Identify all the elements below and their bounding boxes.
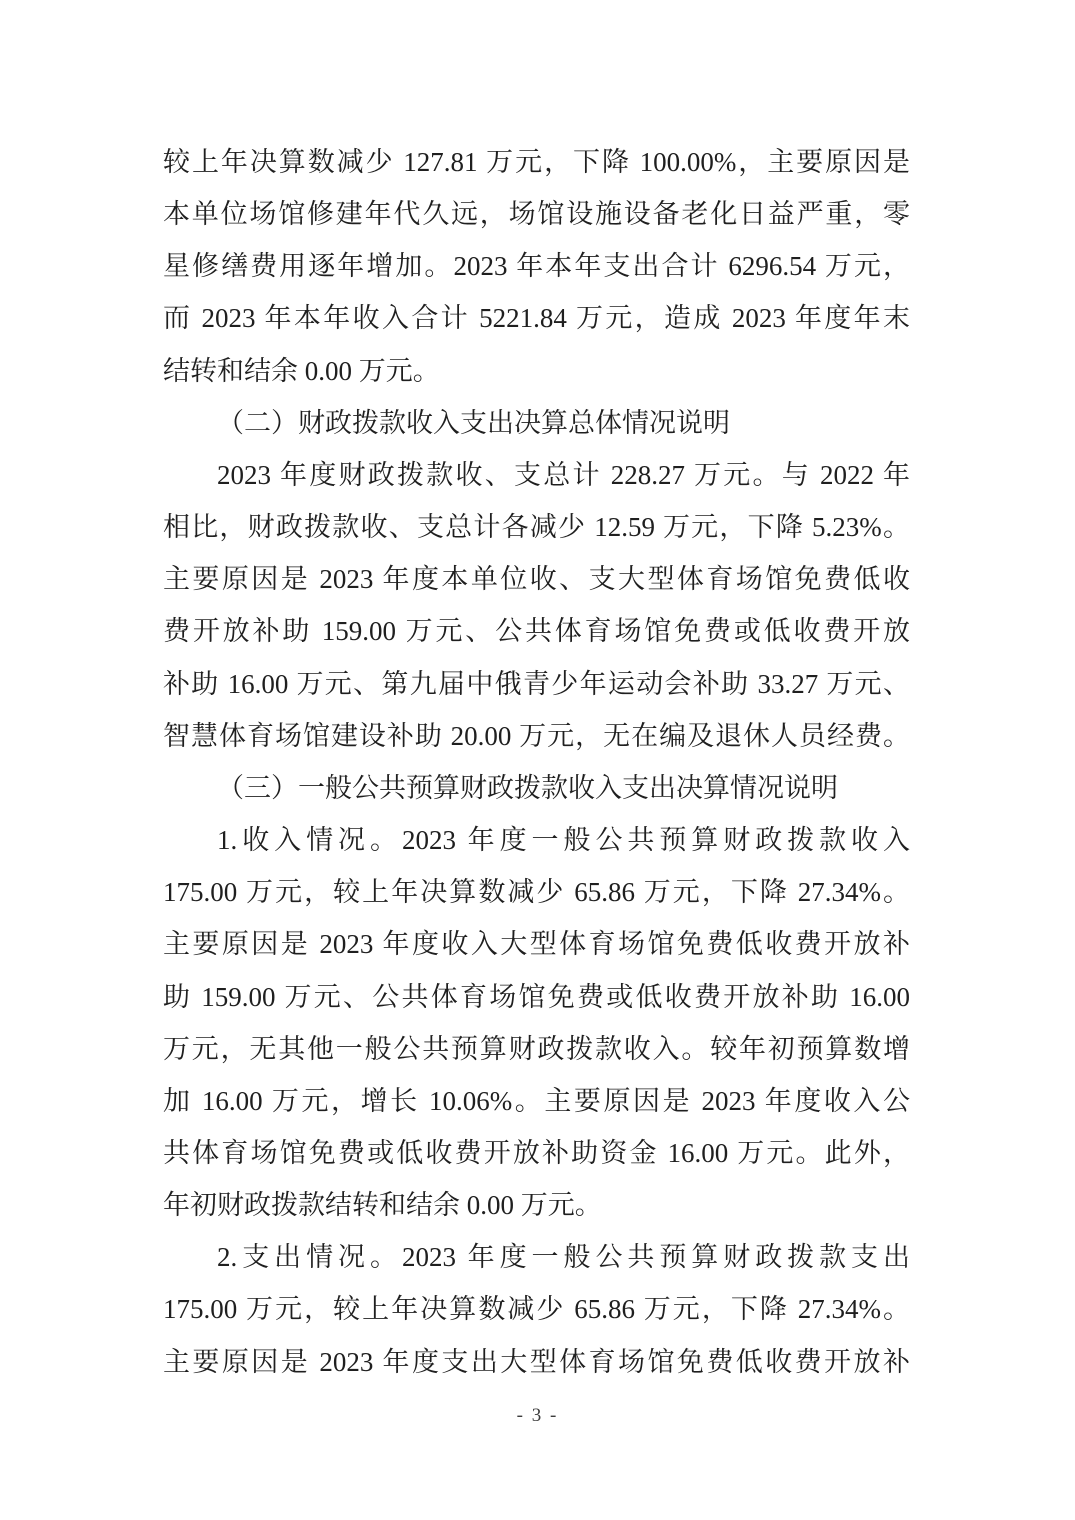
text-line: 本单位场馆修建年代久远，场馆设施设备老化日益严重，零: [163, 188, 910, 240]
document-body: 较上年决算数减少 127.81 万元，下降 100.00%，主要原因是本单位场馆…: [163, 136, 910, 1388]
text-line: 主要原因是 2023 年度本单位收、支大型体育场馆免费低收: [163, 553, 910, 605]
text-line: 智慧体育场馆建设补助 20.00 万元，无在编及退休人员经费。: [163, 710, 910, 762]
heading-line: （三）一般公共预算财政拨款收入支出决算情况说明: [163, 762, 910, 814]
text-line: 较上年决算数减少 127.81 万元，下降 100.00%，主要原因是: [163, 136, 910, 188]
document-page: 较上年决算数减少 127.81 万元，下降 100.00%，主要原因是本单位场馆…: [0, 0, 1075, 1520]
text-line: 万元，无其他一般公共预算财政拨款收入。较年初预算数增: [163, 1023, 910, 1075]
text-line: 相比，财政拨款收、支总计各减少 12.59 万元，下降 5.23%。: [163, 501, 910, 553]
text-line: 主要原因是 2023 年度收入大型体育场馆免费低收费开放补: [163, 918, 910, 970]
text-line: 助 159.00 万元、公共体育场馆免费或低收费开放补助 16.00: [163, 971, 910, 1023]
text-line: 加 16.00 万元，增长 10.06%。主要原因是 2023 年度收入公: [163, 1075, 910, 1127]
text-line: 补助 16.00 万元、第九届中俄青少年运动会补助 33.27 万元、: [163, 658, 910, 710]
text-line: 费开放补助 159.00 万元、公共体育场馆免费或低收费开放: [163, 605, 910, 657]
text-line: 星修缮费用逐年增加。2023 年本年支出合计 6296.54 万元，: [163, 240, 910, 292]
text-line: 共体育场馆免费或低收费开放补助资金 16.00 万元。此外，: [163, 1127, 910, 1179]
text-line: 而 2023 年本年收入合计 5221.84 万元，造成 2023 年度年末: [163, 292, 910, 344]
text-line: 2.支出情况。2023 年度一般公共预算财政拨款支出: [163, 1231, 910, 1283]
heading-line: （二）财政拨款收入支出决算总体情况说明: [163, 397, 910, 449]
page-number: - 3 -: [0, 1402, 1075, 1430]
text-line: 结转和结余 0.00 万元。: [163, 345, 910, 397]
text-line: 主要原因是 2023 年度支出大型体育场馆免费低收费开放补: [163, 1336, 910, 1388]
text-line: 175.00 万元，较上年决算数减少 65.86 万元，下降 27.34%。: [163, 866, 910, 918]
text-line: 1.收入情况。2023 年度一般公共预算财政拨款收入: [163, 814, 910, 866]
text-line: 175.00 万元，较上年决算数减少 65.86 万元，下降 27.34%。: [163, 1283, 910, 1335]
text-line: 年初财政拨款结转和结余 0.00 万元。: [163, 1179, 910, 1231]
text-line: 2023 年度财政拨款收、支总计 228.27 万元。与 2022 年: [163, 449, 910, 501]
